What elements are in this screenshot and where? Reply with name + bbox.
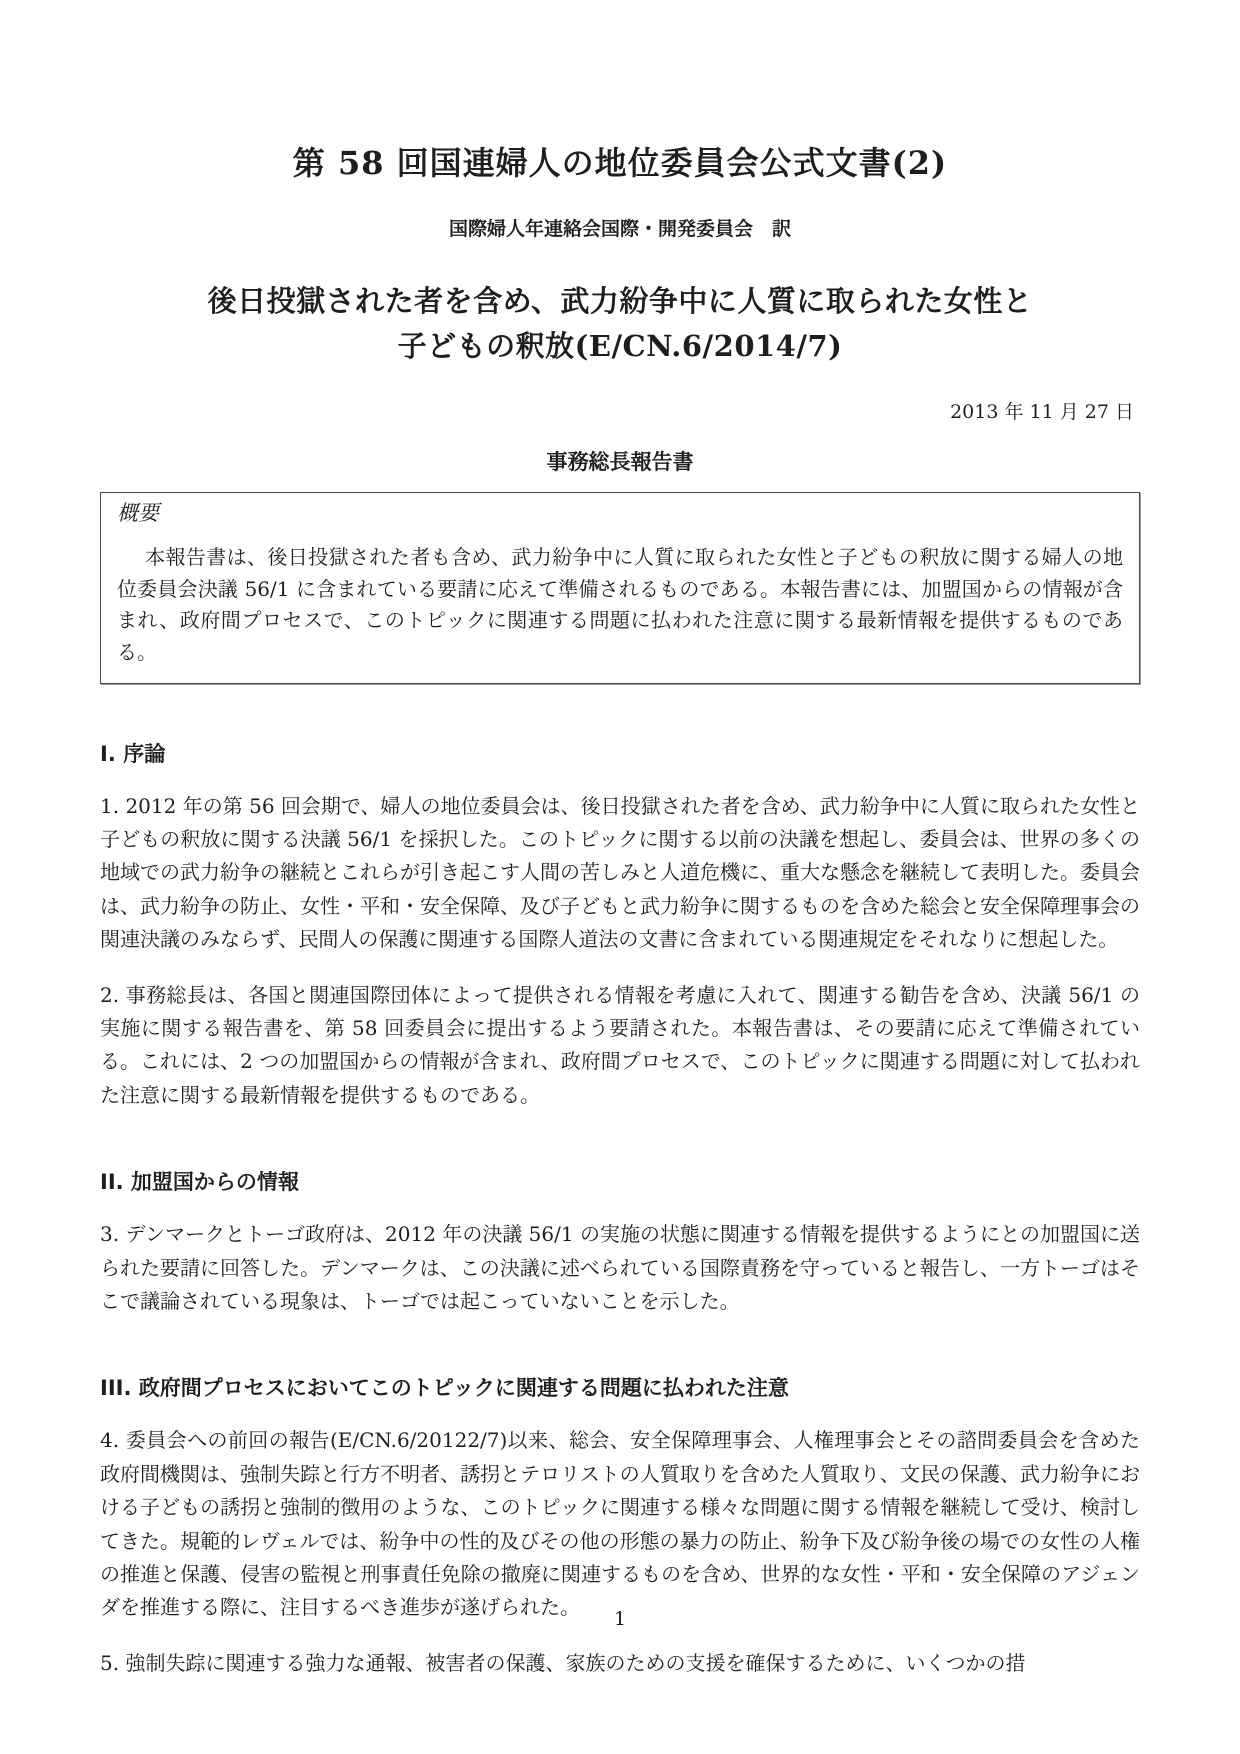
section-heading-member-states-info: II. 加盟国からの情報	[100, 1166, 1140, 1196]
subject-title: 後日投獄された者を含め、武力紛争中に人質に取られた女性と 子どもの釈放(E/CN…	[100, 279, 1140, 369]
subject-title-line-1: 後日投獄された者を含め、武力紛争中に人質に取られた女性と	[208, 284, 1033, 318]
subject-title-line-2: 子どもの釈放(E/CN.6/2014/7)	[398, 329, 843, 363]
paragraph-2: 2. 事務総長は、各国と関連国際団体によって提供される情報を考慮に入れて、関連す…	[100, 979, 1140, 1113]
report-heading: 事務総長報告書	[100, 446, 1140, 476]
page-number: 1	[0, 1608, 1240, 1630]
summary-body: 本報告書は、後日投獄された者も含め、武力紛争中に人質に取られた女性と子どもの釈放…	[117, 542, 1123, 668]
paragraph-1: 1. 2012 年の第 56 回会期で、婦人の地位委員会は、後日投獄された者を含…	[100, 790, 1140, 957]
paragraph-4: 4. 委員会への前回の報告(E/CN.6/20122/7)以来、総会、安全保障理…	[100, 1424, 1140, 1624]
date-line: 2013 年 11 月 27 日	[100, 397, 1140, 424]
section-heading-intergovernmental-attention: III. 政府間プロセスにおいてこのトピックに関連する問題に払われた注意	[100, 1372, 1140, 1402]
translator-line: 国際婦人年連絡会国際・開発委員会 訳	[100, 214, 1140, 241]
document-title: 第 58 回国連婦人の地位委員会公式文書(2)	[100, 0, 1140, 184]
summary-box: 概要 本報告書は、後日投獄された者も含め、武力紛争中に人質に取られた女性と子ども…	[100, 492, 1140, 684]
document-page: 第 58 回国連婦人の地位委員会公式文書(2) 国際婦人年連絡会国際・開発委員会…	[0, 0, 1240, 1754]
summary-label: 概要	[117, 499, 1123, 528]
section-heading-introduction: I. 序論	[100, 738, 1140, 768]
paragraph-5: 5. 強制失踪に関連する強力な通報、被害者の保護、家族のための支援を確保するため…	[100, 1647, 1140, 1680]
document-content: 第 58 回国連婦人の地位委員会公式文書(2) 国際婦人年連絡会国際・開発委員会…	[0, 0, 1240, 1680]
paragraph-3: 3. デンマークとトーゴ政府は、2012 年の決議 56/1 の実施の状態に関連…	[100, 1218, 1140, 1318]
